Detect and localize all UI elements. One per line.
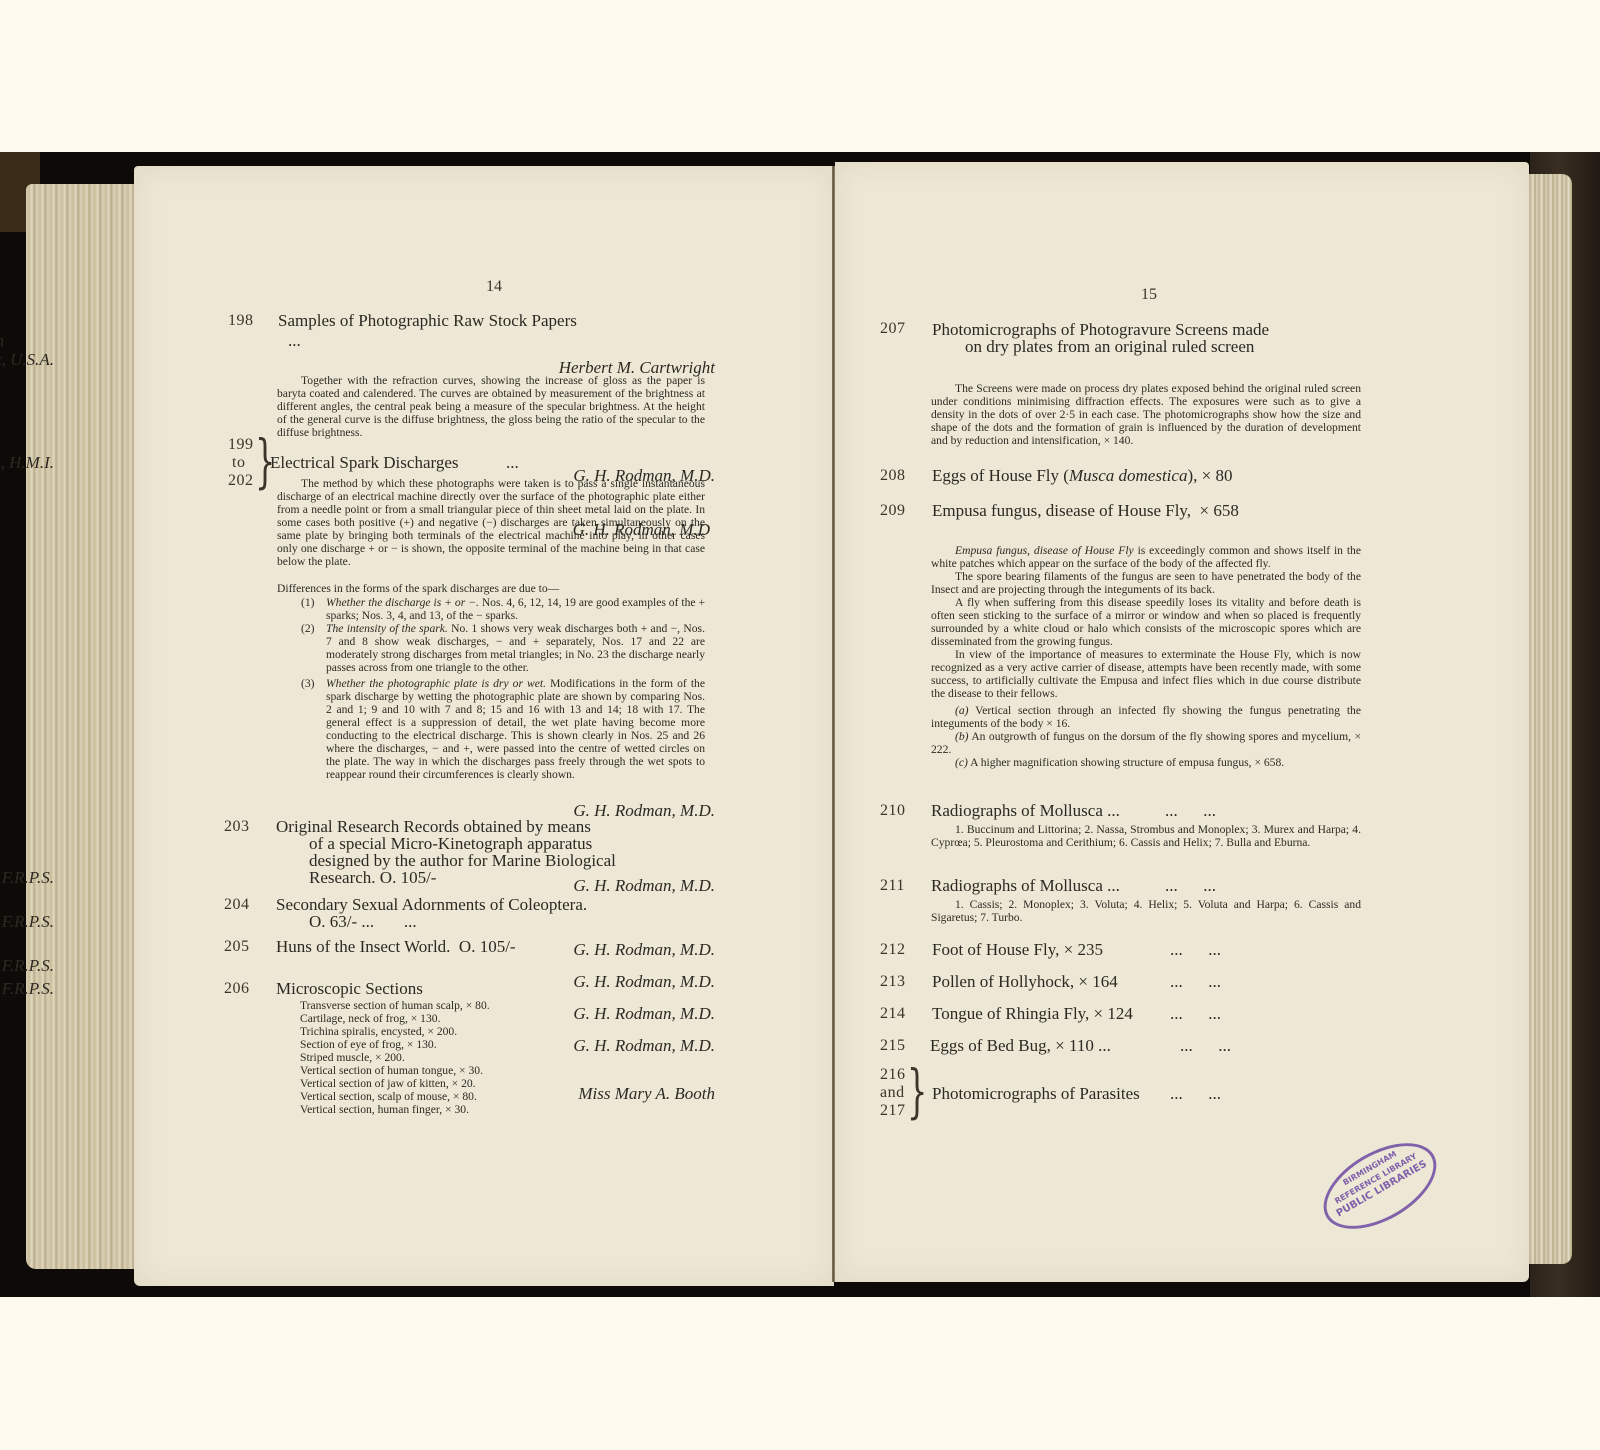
- entry-author: G. H. Rodman, M.D.: [573, 1004, 715, 1024]
- entry-description: The Screens were made on process dry pla…: [931, 382, 1361, 447]
- entry-author: G. H. Rodman, M.D.: [573, 801, 715, 821]
- leader-dots: ... ...: [1170, 972, 1221, 992]
- entry-author: Herbert M. Cartwright: [559, 358, 715, 378]
- entry-number-to: 202: [228, 472, 254, 490]
- entry-number: 212: [880, 941, 906, 959]
- entry-title: Radiographs of Mollusca ...: [931, 876, 1120, 896]
- brace-icon: }: [907, 1062, 927, 1120]
- entry-title: Microscopic Sections: [276, 979, 423, 999]
- entry-description: Empusa fungus, disease of House Fly is e…: [931, 544, 1361, 769]
- leader-dots: ... ...: [1170, 1004, 1221, 1024]
- entry-number: 207: [880, 320, 906, 338]
- entry-number-to: 217: [880, 1102, 906, 1120]
- entry-title: Foot of House Fly, × 235: [932, 940, 1103, 960]
- entry-number: 214: [880, 1005, 906, 1023]
- entry-description: 1. Cassis; 2. Monoplex; 3. Voluta; 4. He…: [931, 898, 1361, 924]
- list-item: Vertical section, human finger, × 30.: [300, 1103, 660, 1116]
- difference-item-2: (2) The intensity of the spark. No. 1 sh…: [301, 622, 705, 674]
- entry-number: 213: [880, 973, 906, 991]
- leader-dots: ...: [506, 453, 519, 473]
- entry-title: Empusa fungus, disease of House Fly, × 6…: [932, 501, 1239, 521]
- entry-author: F. Martin-Duncan, F.R.M.S., F.R.P.S.: [0, 912, 54, 932]
- entry-title: Tongue of Rhingia Fly, × 124: [932, 1004, 1133, 1024]
- entry-number: 204: [224, 896, 250, 914]
- entry-title: Electrical Spark Discharges: [270, 453, 459, 473]
- entry-author: G. H. Rodman, M.D.: [573, 972, 715, 992]
- entry-number-to-word: to: [232, 454, 245, 472]
- entry-description: 1. Buccinum and Littorina; 2. Nassa, Str…: [931, 823, 1361, 849]
- book-scan: 14 198 Samples of Photographic Raw Stock…: [0, 152, 1600, 1297]
- entry-number-to-word: and: [880, 1084, 905, 1102]
- right-page: 15 207 Photomicrographs of Photogravure …: [835, 162, 1529, 1282]
- entry-number: 209: [880, 502, 906, 520]
- entry-author: G. H. Rodman, M.D.: [573, 466, 715, 486]
- entry-number-from: 216: [880, 1066, 906, 1084]
- entry-number: 208: [880, 467, 906, 485]
- leader-dots: ... ...: [1170, 1084, 1221, 1104]
- entry-author: G. H. Rodman, M.D.: [573, 876, 715, 896]
- entry-number: 206: [224, 980, 250, 998]
- entry-author: G. H. Rodman, M.D.: [573, 940, 715, 960]
- difference-item-1: (1) Whether the discharge is + or −. Nos…: [301, 596, 705, 622]
- entry-author: Miss Mary A. Booth: [578, 1084, 715, 1104]
- entry-author: H. H. Hoffert, D.Sc., H.M.I.: [0, 453, 54, 473]
- entry-author: F. Martin-Duncan, F.R.M.S., F.R.P.S.: [0, 979, 54, 999]
- entry-description: Together with the refraction curves, sho…: [277, 374, 705, 439]
- differences-list: Differences in the forms of the spark di…: [277, 582, 705, 781]
- entry-title: Eggs of House Fly (Musca domestica), × 8…: [932, 466, 1232, 486]
- page-edges-right: [1528, 174, 1572, 1264]
- entry-author: F. Martin-Duncan, F.R.M.S., F.R.P.S.: [0, 956, 54, 976]
- entry-number: 215: [880, 1037, 906, 1055]
- entry-author: F. Martin-Duncan, F.R.M.S., F.R.P.S.: [0, 868, 54, 888]
- entry-title-line: Research. O. 105/-: [309, 868, 436, 888]
- entry-title: Samples of Photographic Raw Stock Papers: [278, 311, 577, 330]
- entry-title-line: on dry plates from an original ruled scr…: [965, 337, 1254, 357]
- page-edges-left: [26, 184, 146, 1269]
- entry-title: Huns of the Insect World. O. 105/-: [276, 937, 516, 957]
- leader-dots: ... ...: [1180, 1036, 1231, 1056]
- entry-author: G. H. Rodman, M.D: [573, 520, 710, 540]
- leader-dots: ... ...: [1165, 876, 1216, 896]
- entry-number: 210: [880, 802, 906, 820]
- entry-number: 203: [224, 818, 250, 836]
- entry-price: O. 63/- ... ...: [309, 912, 417, 932]
- left-page: 14 198 Samples of Photographic Raw Stock…: [134, 166, 834, 1286]
- entry-title: Photomicrographs of Parasites: [932, 1084, 1140, 1104]
- entry-number-from: 199: [228, 436, 254, 454]
- differences-intro: Differences in the forms of the spark di…: [277, 582, 705, 595]
- leader-dots: ... ...: [1170, 940, 1221, 960]
- entry-title: Radiographs of Mollusca ...: [931, 801, 1120, 821]
- page-number: 15: [1141, 286, 1157, 304]
- page-number: 14: [486, 278, 502, 296]
- leader-dots: ... ...: [1165, 801, 1216, 821]
- entry-author: P. G. Nutting, Research Laboratory, East…: [0, 331, 4, 351]
- entry-number: 211: [880, 877, 905, 895]
- entry-author: G. H. Rodman, M.D.: [573, 1036, 715, 1056]
- entry-author-affiliation: Kodak Co., Rochester, New York, U.S.A.: [0, 350, 54, 370]
- list-item: Vertical section of human tongue, × 30.: [300, 1064, 660, 1077]
- entry-number: 198: [228, 312, 254, 330]
- entry-number: 205: [224, 938, 250, 956]
- entry-title: Pollen of Hollyhock, × 164: [932, 972, 1118, 992]
- leader-dots: ...: [288, 331, 301, 350]
- difference-item-3: (3) Whether the photographic plate is dr…: [301, 677, 705, 781]
- entry-title: Eggs of Bed Bug, × 110 ...: [930, 1036, 1111, 1056]
